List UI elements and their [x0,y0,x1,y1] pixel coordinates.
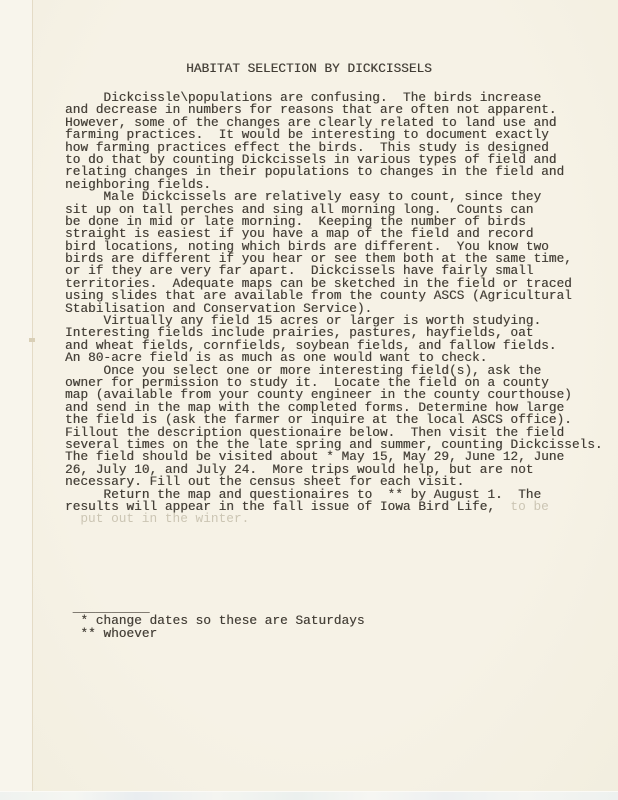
footnotes: __________ * change dates so these are S… [65,602,365,640]
erased-text-line: put out in the winter. [65,513,603,525]
body-lines: Dickcissle\populations are confusing. Th… [65,92,603,501]
document-body: Dickcissle\populations are confusing. Th… [65,92,603,526]
scanned-document-page: HABITAT SELECTION BY DICKCISSELS Dickcis… [0,0,618,800]
footnote-line: ** whoever [65,628,365,641]
paper-speck [29,338,35,342]
document-title: HABITAT SELECTION BY DICKCISSELS [0,63,618,75]
footnote-lines: * change dates so these are Saturdays **… [65,615,365,641]
scan-bottom-edge [0,791,618,800]
paper-left-edge [0,0,33,800]
erased-text: to be [503,499,549,514]
